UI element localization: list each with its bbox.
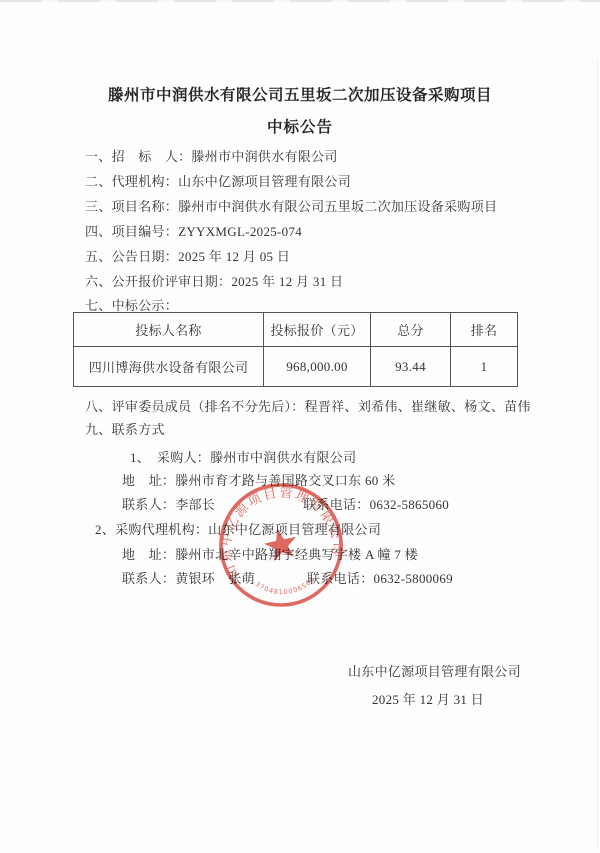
info-line-agency: 二、代理机构：山东中亿源项目管理有限公司 [85, 171, 351, 190]
document-title-line2: 中标公告 [0, 115, 600, 137]
item-label: 公告日期： [112, 249, 179, 264]
info-line-project-name: 三、项目名称：滕州市中润供水有限公司五里坂二次加压设备采购项目 [85, 196, 497, 215]
cell-rank: 1 [451, 347, 518, 387]
signature-company: 山东中亿源项目管理有限公司 [348, 661, 521, 680]
svg-text:山东中亿源项目管理有限公司: 山东中亿源项目管理有限公司 [214, 478, 348, 583]
item-value: 程晋祥、刘希伟、崔继敏、杨文、苗伟 [305, 399, 531, 414]
item-label: 评审委员成员（排名不分先后）： [112, 399, 305, 414]
person-value: 李部长 [175, 497, 215, 512]
info-line-project-number: 四、项目编号：ZYYXMGL-2025-074 [85, 221, 302, 240]
phone-value: 0632-5800069 [374, 571, 453, 586]
cell-total-score: 93.44 [371, 347, 451, 387]
cell-bidder-name: 四川博海供水设备有限公司 [74, 347, 264, 387]
item-label: 联系方式 [112, 422, 165, 437]
scan-artifact-right [597, 60, 598, 850]
role-label: 采购人： [157, 450, 210, 465]
item-value: 2025 年 12 月 05 日 [178, 249, 290, 264]
item-number: 1、 [130, 450, 157, 465]
info-line-review-date: 六、公开报价评审日期：2025 年 12 月 31 日 [85, 271, 343, 290]
item-label: 项目名称： [112, 199, 179, 214]
phone-value: 0632-5865060 [370, 497, 449, 512]
item-number: 二、 [85, 174, 112, 189]
role-value: 滕州市中润供水有限公司 [210, 450, 356, 465]
item-number: 一、 [85, 149, 112, 164]
person-label: 联系人： [122, 497, 175, 512]
item-value: 滕州市中润供水有限公司五里坂二次加压设备采购项目 [178, 199, 497, 214]
item-label: 代理机构： [112, 174, 179, 189]
item-number: 九、 [85, 422, 112, 437]
item-number: 四、 [85, 224, 112, 239]
addr-label: 地 址： [122, 473, 175, 488]
item-label: 中标公示： [112, 298, 179, 313]
table-header-row: 投标人名称 投标报价（元） 总分 排名 [74, 313, 518, 347]
company-seal-stamp: 山东中亿源项目管理有限公司 3704810006563 [214, 478, 348, 612]
table-row: 四川博海供水设备有限公司 968,000.00 93.44 1 [74, 347, 518, 387]
item-number: 2、 [95, 522, 115, 537]
contact-section-heading: 九、联系方式 [85, 419, 165, 438]
seal-star-icon [261, 525, 300, 562]
header-bid-price: 投标报价（元） [264, 313, 371, 347]
addr-label: 地 址： [122, 547, 175, 562]
item-value: 2025 年 12 月 31 日 [231, 274, 343, 289]
item-number: 八、 [85, 399, 112, 414]
document-page: 滕州市中润供水有限公司五里坂二次加压设备采购项目 中标公告 一、招 标 人：滕州… [0, 0, 600, 853]
seal-company-text: 山东中亿源项目管理有限公司 [214, 478, 348, 583]
committee-line: 八、评审委员成员（排名不分先后）：程晋祥、刘希伟、崔继敏、杨文、苗伟 [85, 396, 531, 415]
header-total-score: 总分 [371, 313, 451, 347]
item-label: 公开报价评审日期： [112, 274, 232, 289]
info-line-announce-date: 五、公告日期：2025 年 12 月 05 日 [85, 246, 290, 265]
role-label: 采购代理机构： [115, 522, 208, 537]
item-number: 六、 [85, 274, 112, 289]
item-label: 招 标 人： [112, 149, 192, 164]
bid-result-table: 投标人名称 投标报价（元） 总分 排名 四川博海供水设备有限公司 968,000… [73, 312, 518, 387]
item-number: 五、 [85, 249, 112, 264]
item-value: 滕州市中润供水有限公司 [191, 149, 337, 164]
cell-bid-price: 968,000.00 [264, 347, 371, 387]
item-number: 三、 [85, 199, 112, 214]
document-title-line1: 滕州市中润供水有限公司五里坂二次加压设备采购项目 [0, 83, 600, 105]
item-label: 项目编号： [112, 224, 179, 239]
scan-artifact-top [0, 0, 600, 2]
header-rank: 排名 [451, 313, 518, 347]
signature-date: 2025 年 12 月 31 日 [372, 689, 484, 708]
info-line-bidder: 一、招 标 人：滕州市中润供水有限公司 [85, 146, 338, 165]
item-number: 七、 [85, 298, 112, 313]
item-value: ZYYXMGL-2025-074 [178, 224, 302, 239]
purchaser-line: 1、 采购人：滕州市中润供水有限公司 [130, 447, 356, 466]
header-bidder-name: 投标人名称 [74, 313, 264, 347]
person-label: 联系人： [122, 571, 175, 586]
item-value: 山东中亿源项目管理有限公司 [178, 174, 351, 189]
